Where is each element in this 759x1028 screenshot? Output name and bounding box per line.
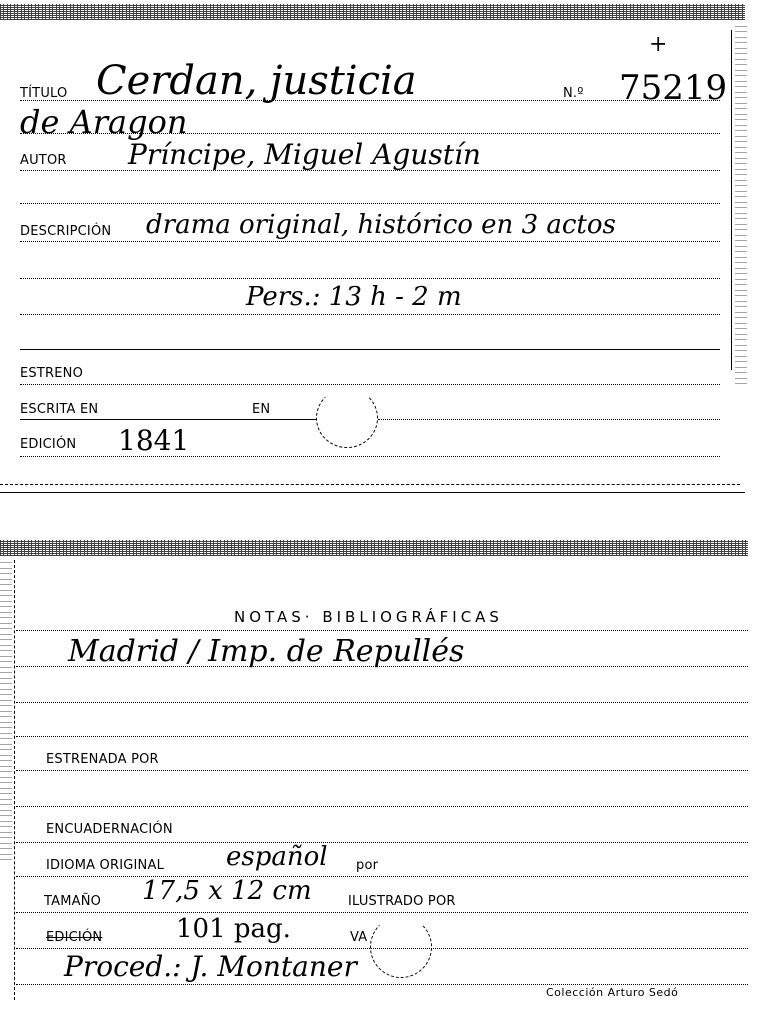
- titulo-label: TÍTULO: [20, 86, 67, 101]
- autor-line: [20, 170, 720, 171]
- autor-line2: [20, 203, 720, 204]
- encuadernacion-label: ENCUADERNACIÓN: [46, 822, 173, 837]
- tamano-label: TAMAÑO: [44, 894, 101, 909]
- titulo-line2: [20, 133, 720, 134]
- en-label: EN: [252, 402, 270, 417]
- descripcion-line2: [20, 278, 720, 279]
- tamano-value: 17,5 x 12 cm: [142, 876, 312, 906]
- numero-mark: +: [649, 32, 667, 57]
- card-front-bottom: [0, 492, 745, 493]
- descripcion-line: [20, 241, 720, 242]
- titulo-value-line2: de Aragon: [20, 103, 187, 141]
- estreno-label: ESTRENO: [20, 366, 83, 381]
- edicion-back-label: EDICIÓN: [46, 930, 102, 945]
- bottom-dashed-line: [0, 484, 740, 485]
- estreno-line: [20, 384, 720, 385]
- notas-line1: [16, 630, 748, 631]
- scan-noise-top: [0, 4, 745, 20]
- procedencia-line: [16, 984, 748, 985]
- edicion-line: [20, 456, 720, 457]
- descripcion-value: drama original, histórico en 3 actos: [146, 210, 616, 240]
- idioma-line: [16, 876, 748, 877]
- notas-value: Madrid / Imp. de Repullés: [68, 634, 464, 669]
- estrenada-por-label: ESTRENADA POR: [46, 752, 159, 767]
- idioma-original-label: IDIOMA ORIGINAL: [46, 858, 164, 873]
- edicion-label: EDICIÓN: [20, 437, 76, 452]
- tamano-line: [16, 912, 748, 913]
- numero-label: N.º: [563, 86, 584, 101]
- en-line: [378, 419, 720, 420]
- numero-value: 75219: [619, 68, 727, 108]
- edicion-back-value: 101 pag.: [176, 914, 291, 944]
- titulo-value: Cerdan, justicia: [96, 58, 417, 104]
- stamp-circle: [316, 388, 378, 448]
- notas-line4: [16, 736, 748, 737]
- escrita-en-label: ESCRITA EN: [20, 402, 98, 417]
- scan-noise-right: [735, 24, 747, 384]
- notas-heading: NOTAS· BIBLIOGRÁFICAS: [234, 608, 503, 626]
- descripcion-label: DESCRIPCIÓN: [20, 224, 111, 239]
- descripcion-line3: [20, 314, 720, 315]
- notas-line2: [16, 666, 748, 667]
- estrenada-por-line2: [16, 806, 748, 807]
- estrenada-por-line: [16, 770, 748, 771]
- idioma-por-label: por: [356, 858, 378, 873]
- stamp-circle-back: [370, 916, 432, 978]
- divider-line: [20, 349, 720, 350]
- scan-noise-top-back: [0, 540, 748, 556]
- autor-label: AUTOR: [20, 153, 67, 168]
- va-label: VA: [350, 930, 367, 945]
- card-left-edge: [14, 560, 15, 1000]
- idioma-original-value: español: [226, 842, 328, 872]
- descripcion-value-line2: Pers.: 13 h - 2 m: [246, 282, 462, 312]
- notas-line3: [16, 702, 748, 703]
- card-right-edge: [731, 30, 732, 370]
- coleccion-footer: Colección Arturo Sedó: [546, 986, 678, 999]
- ilustrado-por-label: ILUSTRADO POR: [348, 894, 456, 909]
- escrita-en-line: [20, 419, 316, 420]
- autor-value: Príncipe, Miguel Agustín: [128, 138, 481, 171]
- titulo-line: [20, 100, 720, 101]
- edicion-value: 1841: [118, 424, 189, 457]
- scan-noise-left: [0, 560, 12, 860]
- procedencia-value: Proced.: J. Montaner: [64, 950, 357, 983]
- encuadernacion-line: [16, 842, 748, 843]
